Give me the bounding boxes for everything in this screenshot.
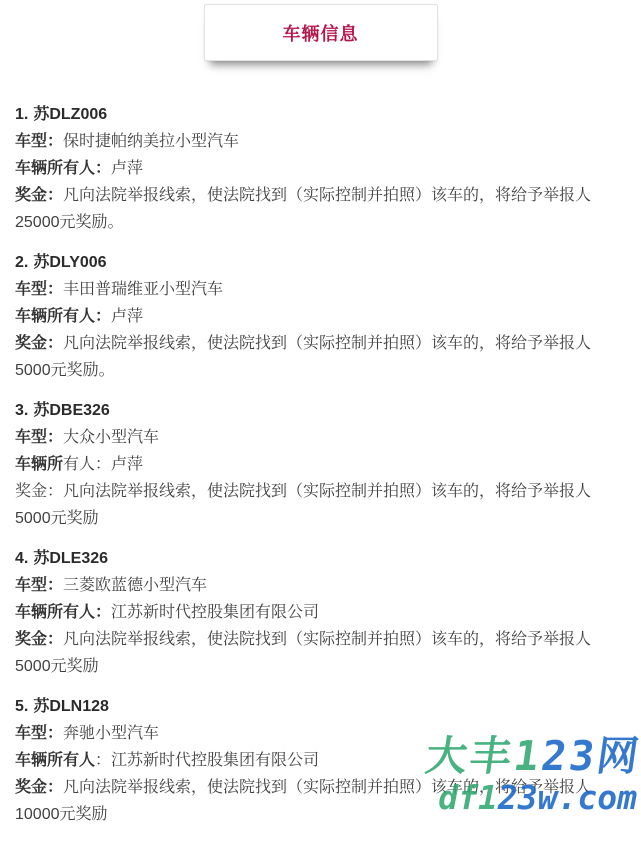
vehicle-owner-line: 车辆所有人：卢萍 [15, 303, 626, 330]
vehicle-type-label: 车型： [15, 577, 63, 594]
plate-number: 苏DLZ006 [33, 106, 107, 123]
reward-label: 奖金： [15, 631, 63, 648]
vehicle-type-value: 奔驰小型汽车 [63, 725, 159, 742]
vehicle-owner-label-plain: ： [95, 752, 111, 769]
reward-text: 凡向法院举报线索，使法院找到（实际控制并拍照）该车的，将给予举报人10000元奖… [15, 779, 591, 823]
plate-number: 苏DLE326 [33, 550, 108, 567]
reward-text: 凡向法院举报线索，使法院找到（实际控制并拍照）该车的，将给予举报人25000元奖… [15, 187, 591, 231]
vehicle-owner-label-plain: 有人： [63, 456, 111, 473]
entry-number: 3. [15, 402, 28, 419]
vehicle-type-label: 车型： [15, 133, 63, 150]
vehicle-list: 1.苏DLZ006 车型：保时捷帕纳美拉小型汽车 车辆所有人：卢萍 奖金：凡向法… [0, 101, 641, 828]
vehicle-owner-line: 车辆所有人：卢萍 [15, 155, 626, 182]
vehicle-owner-label: 车辆所有人 [15, 752, 95, 769]
vehicle-owner-value: 卢萍 [111, 308, 143, 325]
vehicle-entry: 5.苏DLN128 车型：奔驰小型汽车 车辆所有人：江苏新时代控股集团有限公司 … [15, 693, 626, 828]
page-title: 车辆信息 [283, 20, 359, 46]
vehicle-type-value: 保时捷帕纳美拉小型汽车 [63, 133, 239, 150]
entry-number: 1. [15, 106, 28, 123]
vehicle-entry: 2.苏DLY006 车型：丰田普瑞维亚小型汽车 车辆所有人：卢萍 奖金：凡向法院… [15, 249, 626, 384]
vehicle-owner-line: 车辆所有人：卢萍 [15, 451, 626, 478]
vehicle-owner-label: 车辆所 [15, 456, 63, 473]
reward-label: 奖金： [15, 187, 63, 204]
vehicle-type-line: 车型：保时捷帕纳美拉小型汽车 [15, 128, 626, 155]
vehicle-entry: 1.苏DLZ006 车型：保时捷帕纳美拉小型汽车 车辆所有人：卢萍 奖金：凡向法… [15, 101, 626, 236]
vehicle-owner-label: 车辆所有人： [15, 308, 111, 325]
vehicle-plate-heading: 5.苏DLN128 [15, 693, 626, 720]
vehicle-owner-line: 车辆所有人：江苏新时代控股集团有限公司 [15, 599, 626, 626]
vehicle-type-label: 车型： [15, 429, 63, 446]
vehicle-type-value: 三菱欧蓝德小型汽车 [63, 577, 207, 594]
vehicle-owner-value: 江苏新时代控股集团有限公司 [111, 752, 319, 769]
vehicle-type-label: 车型： [15, 725, 63, 742]
vehicle-plate-heading: 3.苏DBE326 [15, 397, 626, 424]
reward-line: 奖金：凡向法院举报线索，使法院找到（实际控制并拍照）该车的，将给予举报人5000… [15, 626, 626, 680]
vehicle-owner-value: 卢萍 [111, 160, 143, 177]
reward-line: 奖金：凡向法院举报线索，使法院找到（实际控制并拍照）该车的，将给予举报人5000… [15, 478, 626, 532]
vehicle-type-line: 车型：三菱欧蓝德小型汽车 [15, 572, 626, 599]
vehicle-type-label: 车型： [15, 281, 63, 298]
reward-label: 奖金： [15, 335, 63, 352]
vehicle-owner-value: 江苏新时代控股集团有限公司 [111, 604, 319, 621]
reward-text: 凡向法院举报线索，使法院找到（实际控制并拍照）该车的，将给予举报人5000元奖励 [15, 631, 591, 675]
reward-label-plain: 奖金： [15, 483, 63, 500]
vehicle-type-line: 车型：奔驰小型汽车 [15, 720, 626, 747]
plate-number: 苏DBE326 [33, 402, 109, 419]
vehicle-plate-heading: 2.苏DLY006 [15, 249, 626, 276]
vehicle-type-line: 车型：大众小型汽车 [15, 424, 626, 451]
vehicle-type-value: 丰田普瑞维亚小型汽车 [63, 281, 223, 298]
vehicle-type-value: 大众小型汽车 [63, 429, 159, 446]
vehicle-plate-heading: 4.苏DLE326 [15, 545, 626, 572]
reward-text: 凡向法院举报线索，使法院找到（实际控制并拍照）该车的，将给予举报人5000元奖励… [15, 335, 591, 379]
vehicle-type-line: 车型：丰田普瑞维亚小型汽车 [15, 276, 626, 303]
vehicle-plate-heading: 1.苏DLZ006 [15, 101, 626, 128]
vehicle-owner-value: 卢萍 [111, 456, 143, 473]
page-title-box: 车辆信息 [204, 4, 438, 61]
vehicle-entry: 3.苏DBE326 车型：大众小型汽车 车辆所有人：卢萍 奖金：凡向法院举报线索… [15, 397, 626, 532]
entry-number: 4. [15, 550, 28, 567]
entry-number: 5. [15, 698, 28, 715]
reward-line: 奖金：凡向法院举报线索，使法院找到（实际控制并拍照）该车的，将给予举报人2500… [15, 182, 626, 236]
reward-label: 奖金： [15, 779, 63, 796]
vehicle-entry: 4.苏DLE326 车型：三菱欧蓝德小型汽车 车辆所有人：江苏新时代控股集团有限… [15, 545, 626, 680]
vehicle-owner-label: 车辆所有人： [15, 160, 111, 177]
plate-number: 苏DLN128 [33, 698, 109, 715]
reward-line: 奖金：凡向法院举报线索，使法院找到（实际控制并拍照）该车的，将给予举报人5000… [15, 330, 626, 384]
entry-number: 2. [15, 254, 28, 271]
vehicle-owner-label: 车辆所有人： [15, 604, 111, 621]
plate-number: 苏DLY006 [33, 254, 106, 271]
vehicle-owner-line: 车辆所有人：江苏新时代控股集团有限公司 [15, 747, 626, 774]
reward-line: 奖金：凡向法院举报线索，使法院找到（实际控制并拍照）该车的，将给予举报人1000… [15, 774, 626, 828]
reward-text: 凡向法院举报线索，使法院找到（实际控制并拍照）该车的，将给予举报人5000元奖励 [15, 483, 591, 527]
